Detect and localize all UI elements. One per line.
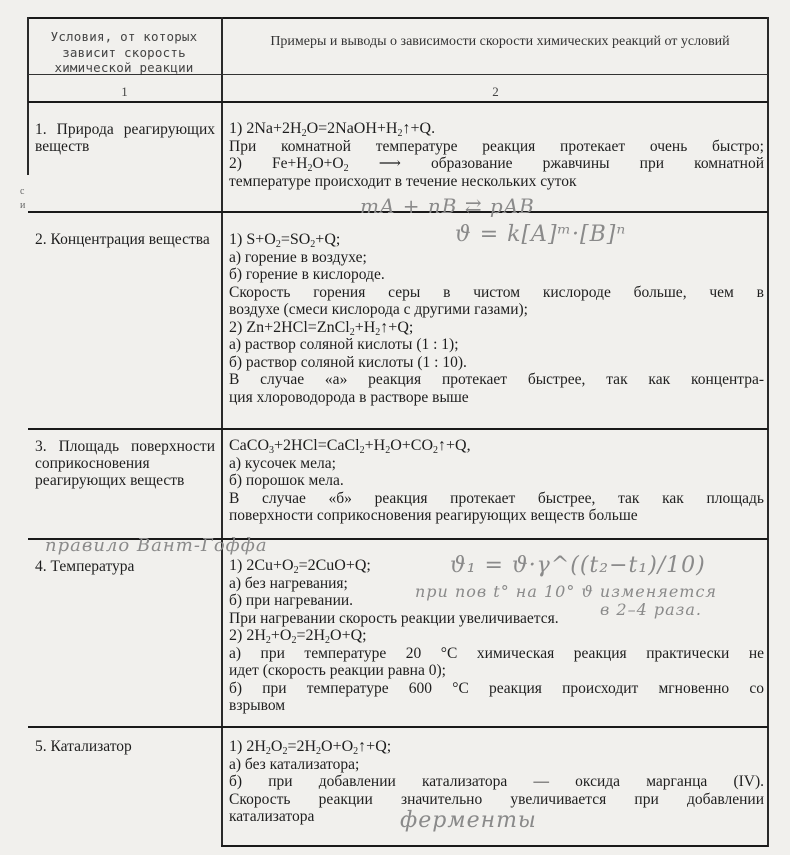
example-cell: 1) S+O2=SO2+Q; а) горение в воздухе; б) … [229,231,764,406]
column-divider [221,17,223,847]
condition-cell: 3. Площадь поверхности соприкосновения р… [35,438,215,489]
header-col2: Примеры и выводы о зависимости скорости … [240,33,760,50]
equation: 2) 2H2+O2=2H2O+Q; [229,627,764,645]
example-cell: 1) 2Cu+O2=2CuO+Q; а) без нагревания; б) … [229,557,764,715]
table-right-border [767,17,769,847]
header-col1-number: 1 [28,83,221,101]
handwritten-temp-note: при пов t° на 10° ϑ изменяется [415,582,717,601]
header-col1: Условия, от которых зависит скорость хим… [34,29,214,76]
equation: 1) 2Na+2H2O=2NaOH+H2↑+Q. [229,120,764,138]
handwritten-enzymes: ферменты [400,808,537,833]
condition-cell: 4. Температура [35,558,215,575]
table-top-border [28,17,768,19]
equation: CaCO3+2HCl=CaCl2+H2O+CO2↑+Q, [229,437,764,455]
handwritten-temp-note-2: в 2–4 раза. [600,600,702,619]
equation: 1) 2H2O2=2H2O+O2↑+Q; [229,738,764,756]
handwritten-vant-hoff: правило Вант-Гоффа [45,535,268,556]
example-cell: CaCO3+2HCl=CaCl2+H2O+CO2↑+Q, а) кусочек … [229,437,764,525]
condition-cell: 5. Катализатор [35,738,215,755]
condition-cell: 2. Концентрация вещества [35,231,215,248]
equation: 2) Fe+H2O+O2 ⟶ образование ржавчины при … [229,155,764,173]
header-col2-number: 2 [223,83,768,101]
margin-mark: и [20,200,25,211]
scanned-page: Условия, от которых зависит скорость хим… [0,0,790,855]
margin-mark: с [20,186,24,197]
handwritten-rate-law: ϑ = k[A]ᵐ·[B]ⁿ [455,222,626,247]
condition-cell: 1. Природа реагирующих веществ [35,121,215,155]
equation: 2) Zn+2HCl=ZnCl2+H2↑+Q; [229,319,764,337]
handwritten-vant-hoff-formula: ϑ₁ = ϑ·γ^((t₂−t₁)/10) [450,553,706,578]
handwritten-equilibrium: mA + nB ⇄ pAB [360,194,535,218]
example-cell: 1) 2Na+2H2O=2NaOH+H2↑+Q. При комнатной т… [229,120,764,190]
